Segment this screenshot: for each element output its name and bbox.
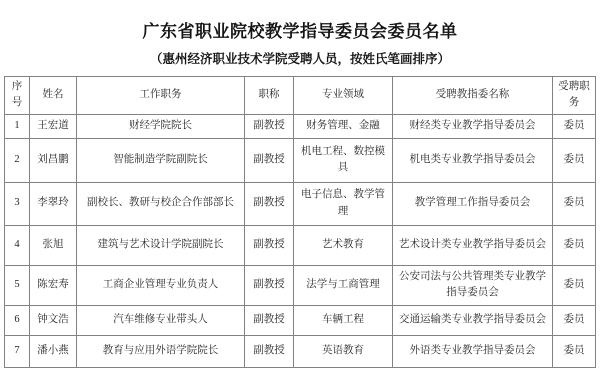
cell-role: 委员 [553, 265, 596, 305]
cell-position: 副校长、教研与校企合作部部长 [77, 182, 245, 225]
cell-name: 刘昌鹏 [30, 138, 77, 182]
cell-field: 机电工程、数控模具 [294, 138, 393, 182]
table-row: 5陈宏寿工商企业管理专业负责人副教授法学与工商管理公安司法与公共管理类专业教学指… [5, 265, 596, 305]
table-row: 2刘昌鹏智能制造学院副院长副教授机电工程、数控模具机电类专业教学指导委员会委员 [5, 138, 596, 182]
cell-title: 副教授 [245, 114, 294, 138]
header-committee: 受聘教指委名称 [393, 77, 553, 115]
cell-position: 财经学院院长 [77, 114, 245, 138]
page-title: 广东省职业院校教学指导委员会委员名单 [0, 0, 600, 42]
cell-title: 副教授 [245, 305, 294, 335]
cell-role: 委员 [553, 114, 596, 138]
cell-position: 工商企业管理专业负责人 [77, 265, 245, 305]
cell-role: 委员 [553, 305, 596, 335]
cell-committee: 艺术设计类专业教学指导委员会 [393, 225, 553, 265]
cell-committee: 机电类专业教学指导委员会 [393, 138, 553, 182]
cell-name: 潘小燕 [30, 335, 77, 367]
cell-field: 电子信息、教学管理 [294, 182, 393, 225]
cell-title: 副教授 [245, 138, 294, 182]
cell-role: 委员 [553, 182, 596, 225]
table-body: 1王宏道财经学院院长副教授财务管理、金融财经类专业教学指导委员会委员2刘昌鹏智能… [5, 114, 596, 367]
header-name: 姓名 [30, 77, 77, 115]
cell-index: 6 [5, 305, 30, 335]
table-row: 6钟文浩汽车维修专业带头人副教授车辆工程交通运输类专业教学指导委员会委员 [5, 305, 596, 335]
table-row: 4张旭建筑与艺术设计学院副院长副教授艺术教育艺术设计类专业教学指导委员会委员 [5, 225, 596, 265]
cell-field: 艺术教育 [294, 225, 393, 265]
cell-role: 委员 [553, 225, 596, 265]
cell-index: 1 [5, 114, 30, 138]
header-title: 职称 [245, 77, 294, 115]
header-field: 专业领域 [294, 77, 393, 115]
cell-index: 2 [5, 138, 30, 182]
cell-index: 5 [5, 265, 30, 305]
cell-name: 李翠玲 [30, 182, 77, 225]
cell-name: 张旭 [30, 225, 77, 265]
cell-field: 法学与工商管理 [294, 265, 393, 305]
cell-position: 建筑与艺术设计学院副院长 [77, 225, 245, 265]
cell-committee: 财经类专业教学指导委员会 [393, 114, 553, 138]
cell-position: 汽车维修专业带头人 [77, 305, 245, 335]
header-role: 受聘职务 [553, 77, 596, 115]
cell-role: 委员 [553, 335, 596, 367]
cell-title: 副教授 [245, 182, 294, 225]
cell-committee: 外语类专业教学指导委员会 [393, 335, 553, 367]
cell-committee: 公安司法与公共管理类专业教学指导委员会 [393, 265, 553, 305]
cell-role: 委员 [553, 138, 596, 182]
cell-title: 副教授 [245, 265, 294, 305]
page-subtitle: （惠州经济职业技术学院受聘人员，按姓氏笔画排序） [0, 49, 600, 67]
cell-name: 王宏道 [30, 114, 77, 138]
cell-field: 英语教育 [294, 335, 393, 367]
cell-index: 4 [5, 225, 30, 265]
cell-field: 财务管理、金融 [294, 114, 393, 138]
cell-position: 智能制造学院副院长 [77, 138, 245, 182]
cell-committee: 交通运输类专业教学指导委员会 [393, 305, 553, 335]
cell-name: 钟文浩 [30, 305, 77, 335]
table-row: 1王宏道财经学院院长副教授财务管理、金融财经类专业教学指导委员会委员 [5, 114, 596, 138]
cell-title: 副教授 [245, 225, 294, 265]
cell-field: 车辆工程 [294, 305, 393, 335]
header-index: 序号 [5, 77, 30, 115]
cell-index: 7 [5, 335, 30, 367]
table-header-row: 序号 姓名 工作职务 职称 专业领域 受聘教指委名称 受聘职务 [5, 77, 596, 115]
cell-title: 副教授 [245, 335, 294, 367]
table-row: 3李翠玲副校长、教研与校企合作部部长副教授电子信息、教学管理教学管理工作指导委员… [5, 182, 596, 225]
cell-name: 陈宏寿 [30, 265, 77, 305]
table-row: 7潘小燕教育与应用外语学院院长副教授英语教育外语类专业教学指导委员会委员 [5, 335, 596, 367]
cell-position: 教育与应用外语学院院长 [77, 335, 245, 367]
document-page: 广东省职业院校教学指导委员会委员名单 （惠州经济职业技术学院受聘人员，按姓氏笔画… [0, 0, 600, 377]
cell-index: 3 [5, 182, 30, 225]
committee-table: 序号 姓名 工作职务 职称 专业领域 受聘教指委名称 受聘职务 1王宏道财经学院… [4, 76, 596, 368]
header-position: 工作职务 [77, 77, 245, 115]
cell-committee: 教学管理工作指导委员会 [393, 182, 553, 225]
